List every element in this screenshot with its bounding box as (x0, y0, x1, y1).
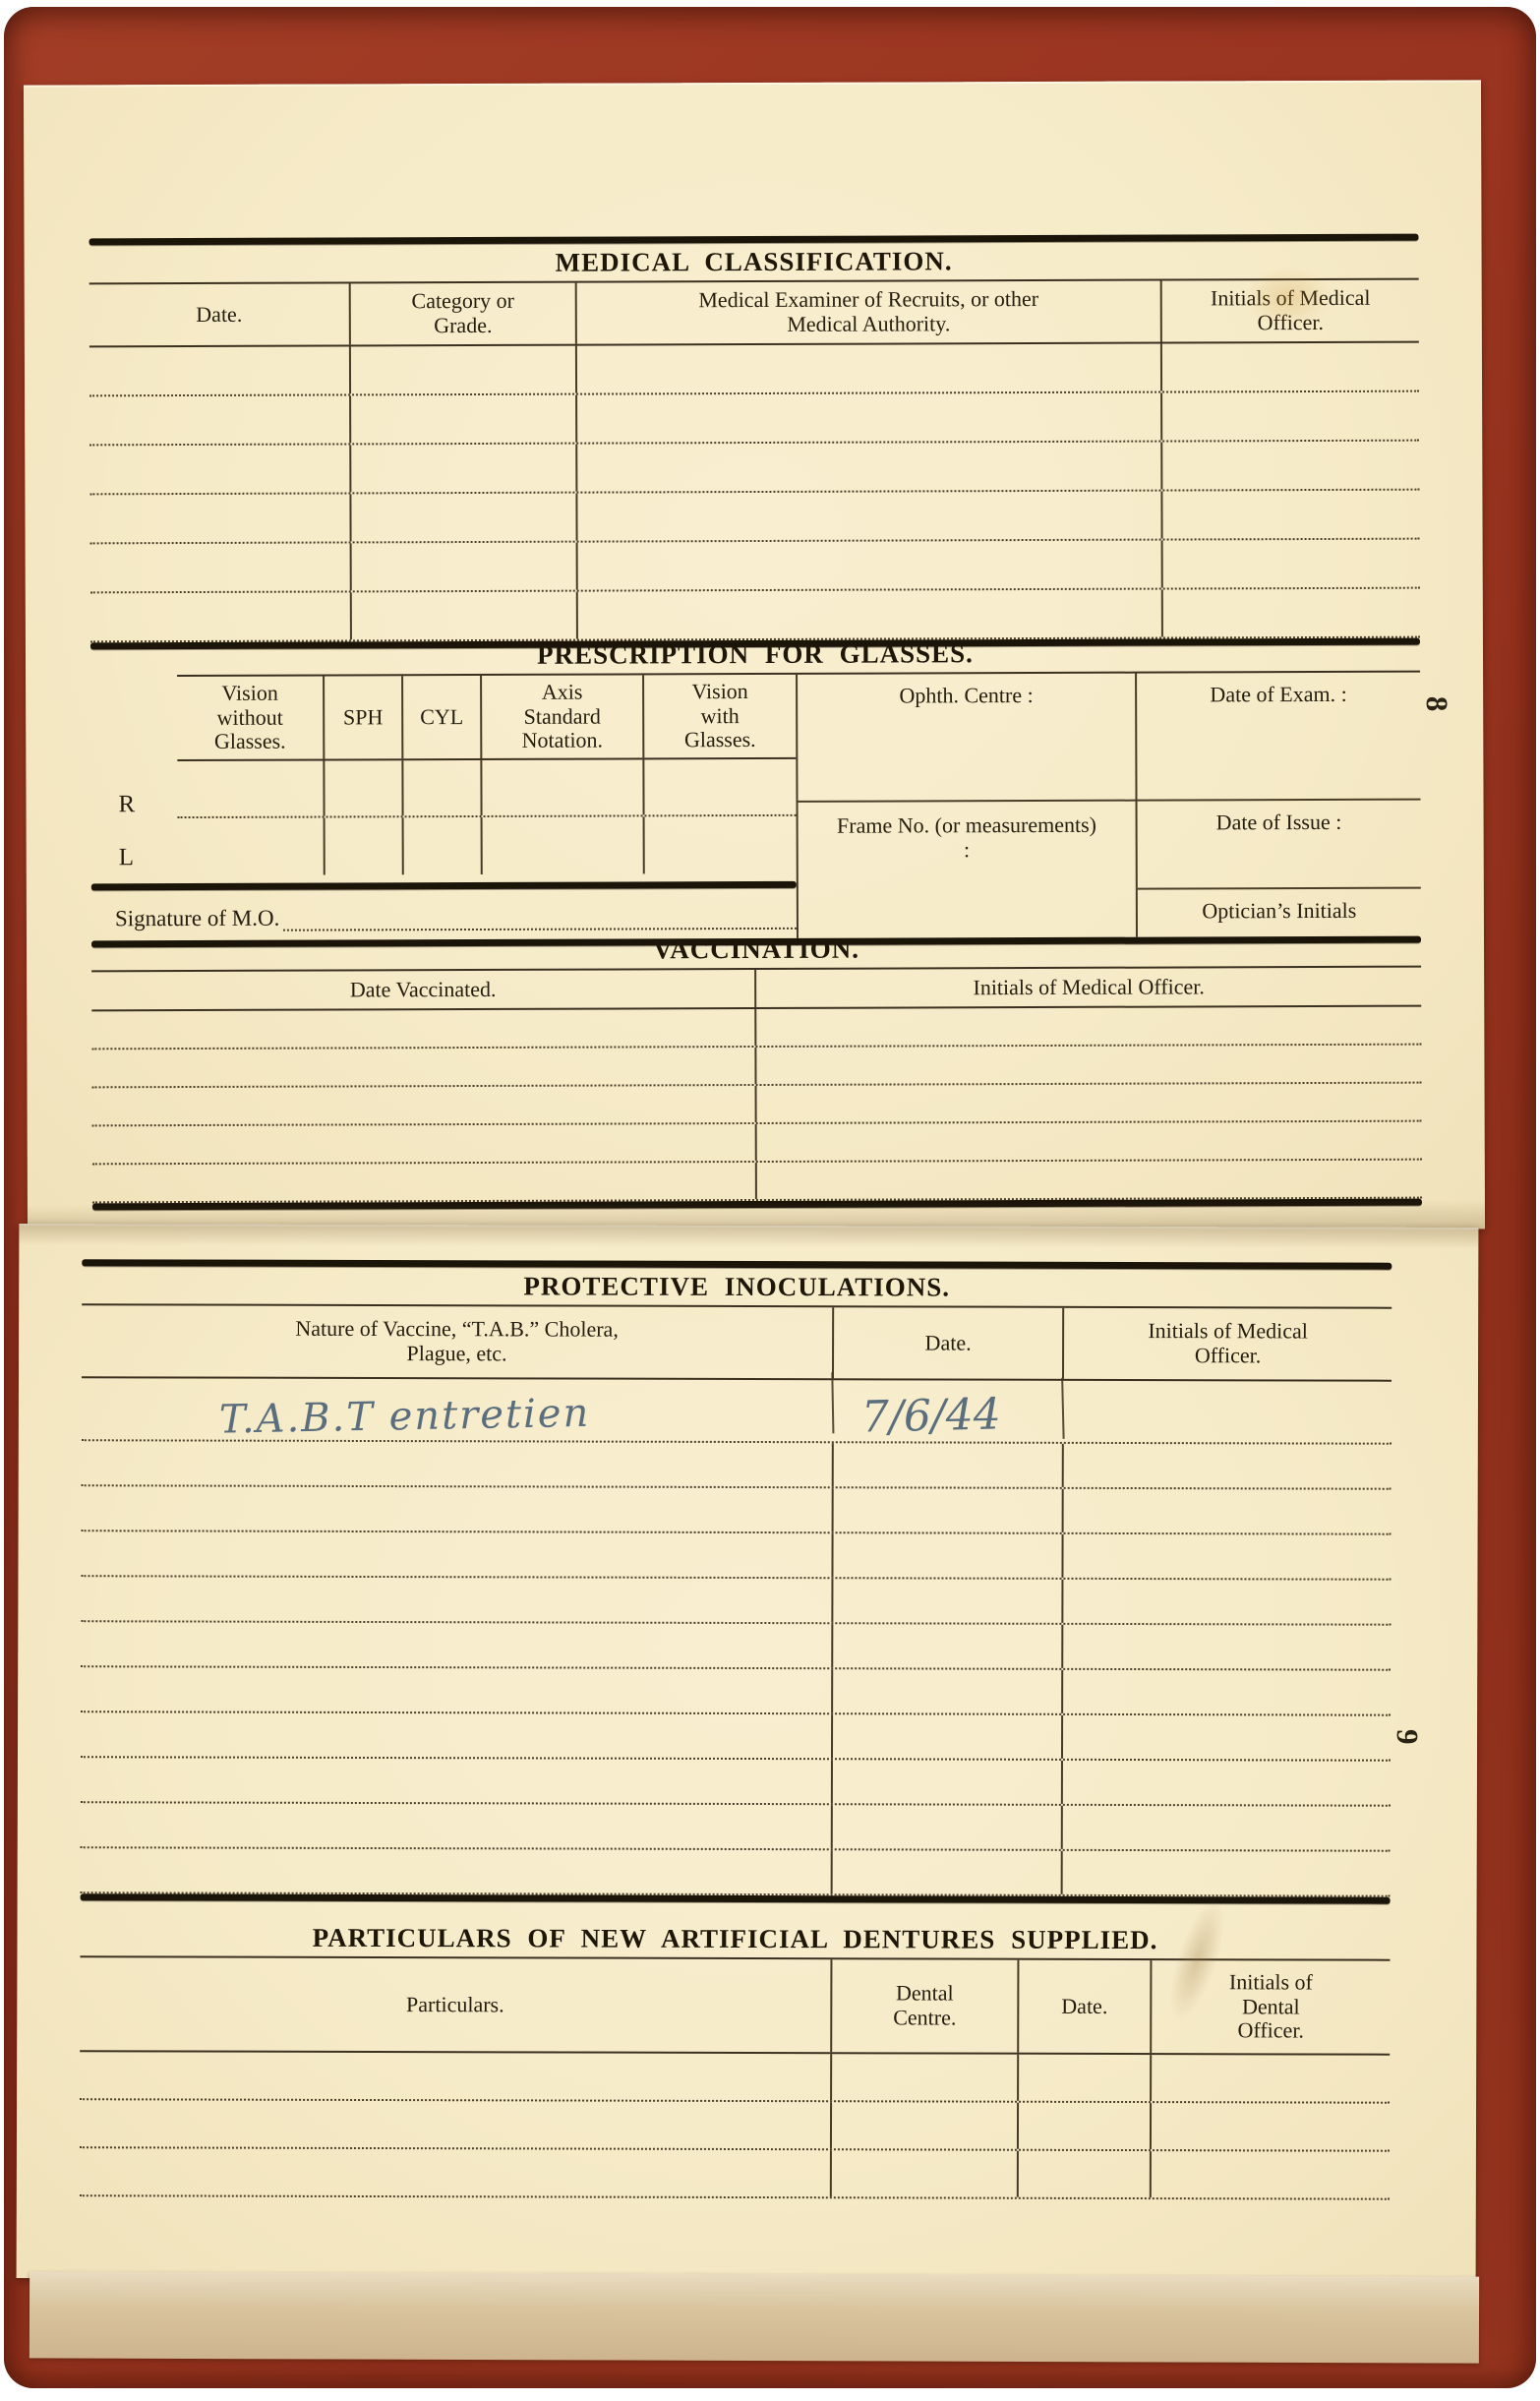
vaccination-empty-row (91, 1046, 1421, 1089)
dentures-section: PARTICULARS OF NEW ARTIFICIAL DENTURES S… (80, 1918, 1391, 2199)
mc-col-date: Date. (89, 283, 351, 345)
inoculations-title: PROTECTIVE INOCULATIONS. (82, 1266, 1392, 1306)
dent-col-particulars: Particulars. (80, 1957, 832, 2052)
mc-body (89, 343, 1420, 643)
inoculation-empty-row (81, 1622, 1391, 1670)
dentures-empty-row (80, 2052, 1390, 2103)
row-label-right: R (90, 791, 177, 830)
vaccination-body (91, 1007, 1422, 1204)
ophth-block: Ophth. Centre : Frame No. (or measuremen… (796, 672, 1136, 938)
col-cyl: CYL (403, 676, 482, 758)
col-axis: Axis Standard Notation. (482, 675, 644, 758)
dentures-body (80, 2052, 1390, 2199)
signature-row: Signature of M.O. (91, 888, 797, 936)
ophth-centre-cell: Ophth. Centre : (798, 674, 1135, 803)
inoculation-empty-row (81, 1531, 1391, 1580)
bottom-page: PROTECTIVE INOCULATIONS. Nature of Vacci… (17, 1224, 1479, 2282)
inoculation-empty-row (81, 1712, 1391, 1761)
vac-col-date: Date Vaccinated. (91, 970, 756, 1009)
mc-empty-row (89, 392, 1419, 447)
inoc-col-initials: Initials of Medical Officer. (1064, 1308, 1392, 1380)
dentures-empty-row (80, 2100, 1390, 2151)
prescription-title: PRESCRIPTION FOR GLASSES. (90, 633, 1420, 676)
top-page: MEDICAL CLASSIFICATION. Date. Category o… (24, 80, 1485, 1233)
dentures-header-row: Particulars. Dental Centre. Date. Initia… (80, 1957, 1390, 2055)
eye-label-col: R L (90, 675, 178, 883)
page-number-top: 8 (1418, 696, 1453, 712)
vision-grid: R L Vision without Glasses. SPH CYL Axis… (90, 673, 797, 884)
mc-header-row: Date. Category or Grade. Medical Examine… (89, 280, 1419, 348)
dent-col-initials: Initials of Dental Officer. (1152, 1960, 1390, 2054)
page-number-bottom: 9 (1389, 1729, 1424, 1745)
col-sph: SPH (325, 676, 403, 758)
vaccination-empty-row (92, 1084, 1422, 1127)
opticians-initials-cell: Optician’s Initials (1138, 889, 1421, 933)
prescription-glasses-section: PRESCRIPTION FOR GLASSES. R L Vision (90, 633, 1421, 948)
prescription-table: R L Vision without Glasses. SPH CYL Axis… (90, 671, 1421, 941)
dent-col-centre: Dental Centre. (832, 1959, 1019, 2052)
mc-empty-row (89, 442, 1419, 496)
vaccination-empty-row (92, 1161, 1422, 1204)
signature-label: Signature of M.O. (115, 906, 279, 932)
dent-col-date: Date. (1019, 1960, 1152, 2053)
inoculation-empty-row (81, 1803, 1391, 1851)
inoc-col-nature: Nature of Vaccine, “T.A.B.” Cholera, Pla… (82, 1305, 834, 1378)
mc-col-initials: Initials of Medical Officer. (1162, 280, 1419, 342)
col-vision-with: Vision with Glasses. (644, 675, 796, 758)
inoculation-entry-initials (1064, 1381, 1392, 1443)
row-label-left: L (91, 844, 178, 883)
inoculation-empty-row (81, 1667, 1391, 1715)
inoculation-entry-nature: T.A.B.T entretien (81, 1372, 834, 1447)
vac-col-initials: Initials of Medical Officer. (756, 968, 1421, 1007)
vaccination-title: VACCINATION. (91, 929, 1421, 971)
dentures-empty-row (80, 2148, 1390, 2199)
date-of-issue-cell: Date of Issue : (1137, 801, 1420, 890)
medical-classification-section: MEDICAL CLASSIFICATION. Date. Category o… (89, 234, 1420, 650)
inoculation-empty-row (81, 1577, 1391, 1625)
vision-row-right (177, 759, 796, 818)
mc-col-category: Category or Grade. (351, 283, 577, 345)
under-page-edge (30, 2271, 1479, 2363)
vaccination-section: VACCINATION. Date Vaccinated. Initials o… (91, 929, 1422, 1211)
signature-line (283, 902, 797, 931)
dentures-title: PARTICULARS OF NEW ARTIFICIAL DENTURES S… (80, 1918, 1390, 1958)
vision-columns: Vision without Glasses. SPH CYL Axis Sta… (177, 673, 797, 883)
inoculations-body (81, 1441, 1392, 1896)
frame-no-cell: Frame No. (or measurements) : (799, 802, 1136, 938)
inoculation-empty-row (81, 1758, 1391, 1806)
inoculation-empty-row (82, 1486, 1392, 1534)
inoculation-empty-row (81, 1848, 1391, 1896)
inoculations-header-row: Nature of Vaccine, “T.A.B.” Cholera, Pla… (82, 1305, 1392, 1381)
mc-col-examiner: Medical Examiner of Recruits, or other M… (577, 281, 1162, 344)
date-of-exam-cell: Date of Exam. : (1137, 673, 1421, 802)
exam-dates-block: Date of Exam. : Date of Issue : Optician… (1135, 671, 1421, 937)
medical-classification-title: MEDICAL CLASSIFICATION. (89, 241, 1419, 283)
scanned-medical-booklet: MEDICAL CLASSIFICATION. Date. Category o… (0, 0, 1540, 2401)
mc-empty-row (89, 343, 1419, 397)
vision-row-left (178, 816, 797, 875)
vision-header-row: Vision without Glasses. SPH CYL Axis Sta… (177, 675, 796, 761)
vision-grid-block: R L Vision without Glasses. SPH CYL Axis… (90, 673, 797, 941)
vaccination-header-row: Date Vaccinated. Initials of Medical Off… (91, 968, 1421, 1012)
inoculation-entry-date: 7/6/44 (833, 1378, 1064, 1444)
col-vision-without: Vision without Glasses. (177, 677, 325, 760)
mc-empty-row (90, 540, 1420, 594)
mc-empty-row (89, 491, 1419, 545)
vaccination-empty-row (92, 1122, 1422, 1166)
inoculation-entry-row: T.A.B.T entretien 7/6/44 (82, 1378, 1392, 1444)
inoc-col-date: Date. (834, 1307, 1064, 1379)
vaccination-empty-row (91, 1007, 1421, 1050)
inoculation-empty-row (82, 1441, 1392, 1489)
protective-inoculations-section: PROTECTIVE INOCULATIONS. Nature of Vacci… (81, 1259, 1392, 1903)
